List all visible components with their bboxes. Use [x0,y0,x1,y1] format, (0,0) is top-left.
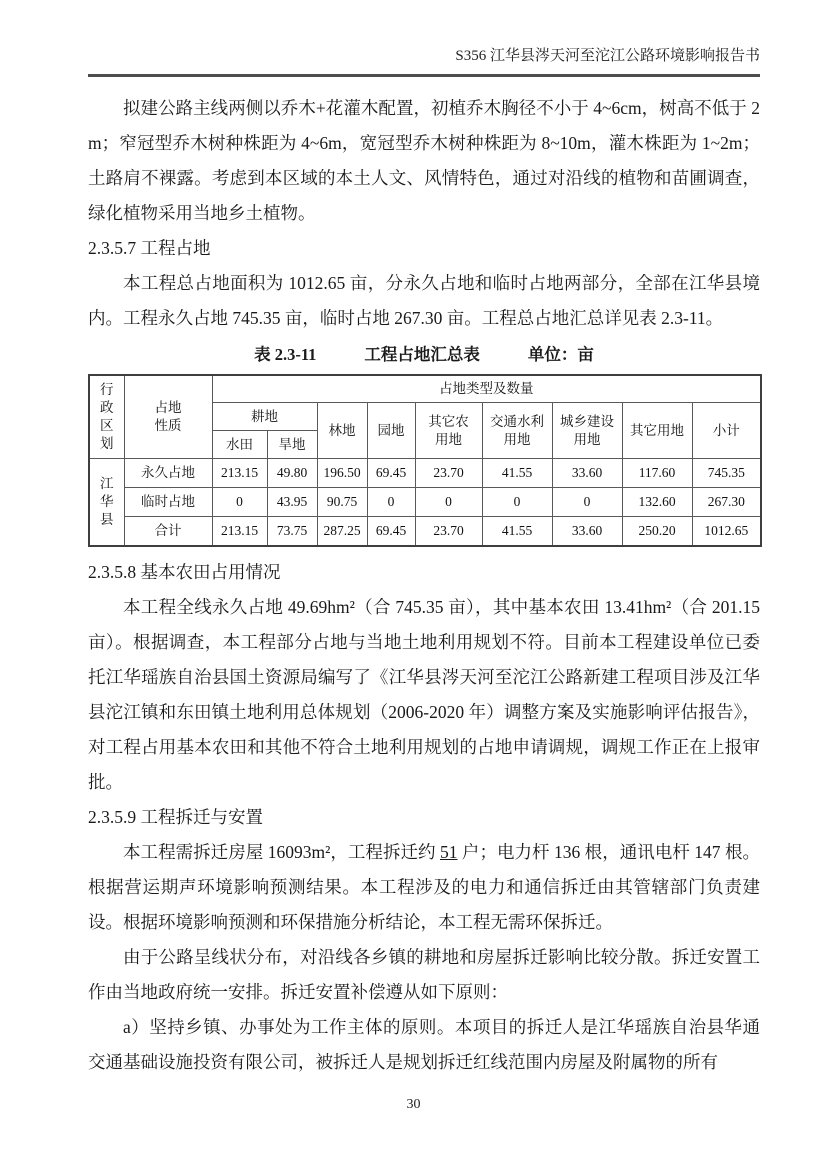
subtotal-header-cell: 小计 [692,403,761,459]
value-cell: 43.95 [267,488,317,517]
value-cell: 0 [367,488,415,517]
paragraph-occupation: 本工程总占地面积为 1012.65 亩，分永久占地和临时占地两部分，全部在江华县… [88,266,760,336]
farmland-header-cell: 耕地 [212,403,317,431]
paragraph-principle-a: a）坚持乡镇、办事处为工作主体的原则。本项目的拆迁人是江华瑶族自治县华通交通基础… [88,1010,760,1080]
paddy-header-cell: 水田 [212,431,267,459]
value-cell: 73.75 [267,517,317,546]
value-cell: 0 [415,488,482,517]
value-cell: 287.25 [317,517,367,546]
header-rule [88,74,760,77]
row-label-cell: 合计 [124,517,212,546]
land-nature-header-cell: 占地 性质 [124,375,212,459]
page-footer: 30 [0,1097,827,1113]
table-caption-label: 表 2.3-11 [254,340,316,370]
heading-2-3-5-8: 2.3.5.8 基本农田占用情况 [88,555,760,590]
value-cell: 1012.65 [692,517,761,546]
value-cell: 0 [552,488,622,517]
urban-construction-header-cell: 城乡建设 用地 [552,403,622,459]
forest-header-cell: 林地 [317,403,367,459]
demolition-text-segment: 本工程需拆迁房屋 16093m²，工程拆迁约 [123,842,440,862]
paragraph-greening: 拟建公路主线两侧以乔木+花灌木配置，初植乔木胸径不小于 4~6cm，树高不低于 … [88,91,760,231]
value-cell: 117.60 [622,459,692,488]
value-cell: 132.60 [622,488,692,517]
row-label-cell: 永久占地 [124,459,212,488]
table-row-permanent: 江 华 县 永久占地 213.15 49.80 196.50 69.45 23.… [89,459,761,488]
value-cell: 23.70 [415,517,482,546]
paragraph-demolition: 本工程需拆迁房屋 16093m²，工程拆迁约 51 户；电力杆 136 根，通讯… [88,835,760,940]
heading-2-3-5-7: 2.3.5.7 工程占地 [88,231,760,266]
paragraph-basic-farmland: 本工程全线永久占地 49.69hm²（合 745.35 亩），其中基本农田 13… [88,590,760,800]
paragraph-resettlement: 由于公路呈线状分布，对沿线各乡镇的耕地和房屋拆迁影响比较分散。拆迁安置工作由当地… [88,940,760,1010]
garden-header-cell: 园地 [367,403,415,459]
value-cell: 267.30 [692,488,761,517]
value-cell: 0 [482,488,552,517]
table-caption-unit: 单位：亩 [528,340,594,370]
region-cell: 江 华 县 [89,459,124,546]
land-type-group-header-cell: 占地类型及数量 [212,375,761,403]
table-row-total: 合计 213.15 73.75 287.25 69.45 23.70 41.55… [89,517,761,546]
value-cell: 69.45 [367,459,415,488]
demolition-households-underlined: 51 [440,842,458,862]
heading-2-3-5-9: 2.3.5.9 工程拆迁与安置 [88,800,760,835]
value-cell: 250.20 [622,517,692,546]
value-cell: 41.55 [482,517,552,546]
row-label-cell: 临时占地 [124,488,212,517]
other-agri-header-cell: 其它农 用地 [415,403,482,459]
value-cell: 0 [212,488,267,517]
value-cell: 213.15 [212,459,267,488]
value-cell: 745.35 [692,459,761,488]
admin-region-header-cell: 行 政 区 划 [89,375,124,459]
table-caption: 表 2.3-11 工程占地汇总表 单位：亩 [88,340,760,370]
value-cell: 49.80 [267,459,317,488]
land-use-summary-table: 行 政 区 划 占地 性质 占地类型及数量 耕地 林地 园地 其它农 用地 交通… [88,374,762,547]
value-cell: 33.60 [552,517,622,546]
traffic-water-header-cell: 交通水利 用地 [482,403,552,459]
other-land-header-cell: 其它用地 [622,403,692,459]
page-number: 30 [407,1097,421,1112]
table-row-temporary: 临时占地 0 43.95 90.75 0 0 0 0 132.60 267.30 [89,488,761,517]
value-cell: 33.60 [552,459,622,488]
table-caption-title: 工程占地汇总表 [364,340,480,370]
value-cell: 41.55 [482,459,552,488]
value-cell: 196.50 [317,459,367,488]
document-body: 拟建公路主线两侧以乔木+花灌木配置，初植乔木胸径不小于 4~6cm，树高不低于 … [88,91,760,1080]
value-cell: 90.75 [317,488,367,517]
value-cell: 69.45 [367,517,415,546]
header-title: S356 江华县涔天河至沱江公路环境影响报告书 [88,46,760,66]
report-page: S356 江华县涔天河至沱江公路环境影响报告书 拟建公路主线两侧以乔木+花灌木配… [0,0,827,1169]
value-cell: 23.70 [415,459,482,488]
value-cell: 213.15 [212,517,267,546]
dryland-header-cell: 旱地 [267,431,317,459]
page-header: S356 江华县涔天河至沱江公路环境影响报告书 [88,46,760,77]
